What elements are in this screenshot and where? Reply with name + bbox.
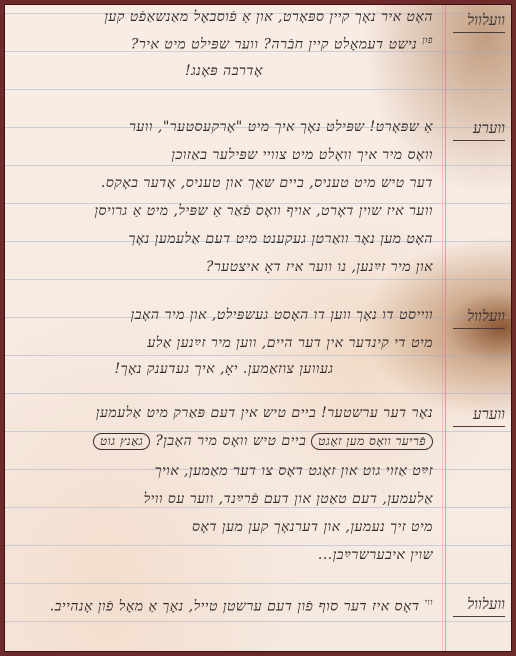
text-segment: דאָס איז דער סוף פֿון דעם ערשטן טייל, נא… [50, 599, 420, 615]
text-segment: ביים טיש וואָס מיר האָבן? [155, 433, 306, 449]
circled-annotation: גאַנץ גוט [93, 433, 150, 450]
text-line: ווי דאָס איז דער סוף פֿון דעם ערשטן טייל… [15, 597, 433, 616]
text-line: אָדרבה פּאָנג! [15, 63, 433, 80]
speaker-label-1: וועלוול [453, 11, 505, 33]
text-line: האָט איר נאָך קיין ספּאָרט, און אַ פֿוסב… [15, 9, 433, 26]
text-line: מיט די קינדער אין דער היים, ווען מיר זײַ… [15, 335, 433, 352]
text-line: פֿון נישט דעמאָלט קיין חבֿרה? ווער שפּיל… [15, 35, 433, 54]
text-body: האָט איר נאָך קיין ספּאָרט, און אַ פֿוסב… [15, 5, 439, 651]
speaker-label-5: וועלוול [453, 595, 505, 617]
text-line: פֿריער וואָס מען זאָגט ביים טיש וואָס מי… [15, 433, 433, 450]
text-line: דער טיש מיט טעניס, ביים שאַך און טעניס, … [15, 175, 433, 192]
speaker-label-3: וועלוול [453, 307, 505, 329]
text-line: זײַט אַזוי גוט און זאָגט דאָס צו דער מאַ… [15, 463, 433, 480]
speaker-label-4: ווערע [453, 405, 505, 427]
text-line: מיט זיך נעמען, און דערנאָך קען מען דאָס [15, 519, 433, 536]
margin-line-inner [442, 5, 443, 651]
speaker-label-2: ווערע [453, 119, 505, 141]
text-segment: נישט דעמאָלט קיין חבֿרה? ווער שפּילט מיט… [131, 37, 417, 53]
page-frame: וועלוול ווערע וועלוול ווערע וועלוול האָט… [0, 0, 516, 656]
text-line: און מיר זײַנען, נו ווער איז דאָ איצטער? [15, 259, 433, 276]
small-note: ווי [425, 598, 433, 608]
small-note: פֿון [422, 36, 433, 46]
text-line: ווייסט דו נאָך ווען דו האָסט געשפּילט, א… [15, 307, 433, 324]
text-line: האָט מען נאָר וואַרטן געקענט מיט דעם אַל… [15, 231, 433, 248]
text-line: וואָס מיר איך וואָלט מיט צוויי שפּילער ב… [15, 147, 433, 164]
margin-line [445, 5, 446, 651]
text-line: נאָר דער ערשטער! ביים טיש אין דעם פּאַרק… [15, 405, 433, 422]
text-line: געווען צוזאַמען. יאָ, איך געדענק נאָך! [15, 361, 433, 378]
text-line: אַ שפּאָרט! שפּילט נאָך איך מיט "אָרקעסט… [15, 119, 433, 136]
circled-annotation: פֿריער וואָס מען זאָגט [311, 433, 433, 450]
text-line: שוין איבערשרײַבן... [15, 547, 433, 564]
text-line: אַלעמען, דעם טאַטן און דעם פֿרײַנד, ווער… [15, 491, 433, 508]
text-line: ווער איז שוין דאָרט, אויף וואָס פֿאַר אַ… [15, 203, 433, 220]
notebook-page: וועלוול ווערע וועלוול ווערע וועלוול האָט… [4, 4, 512, 652]
